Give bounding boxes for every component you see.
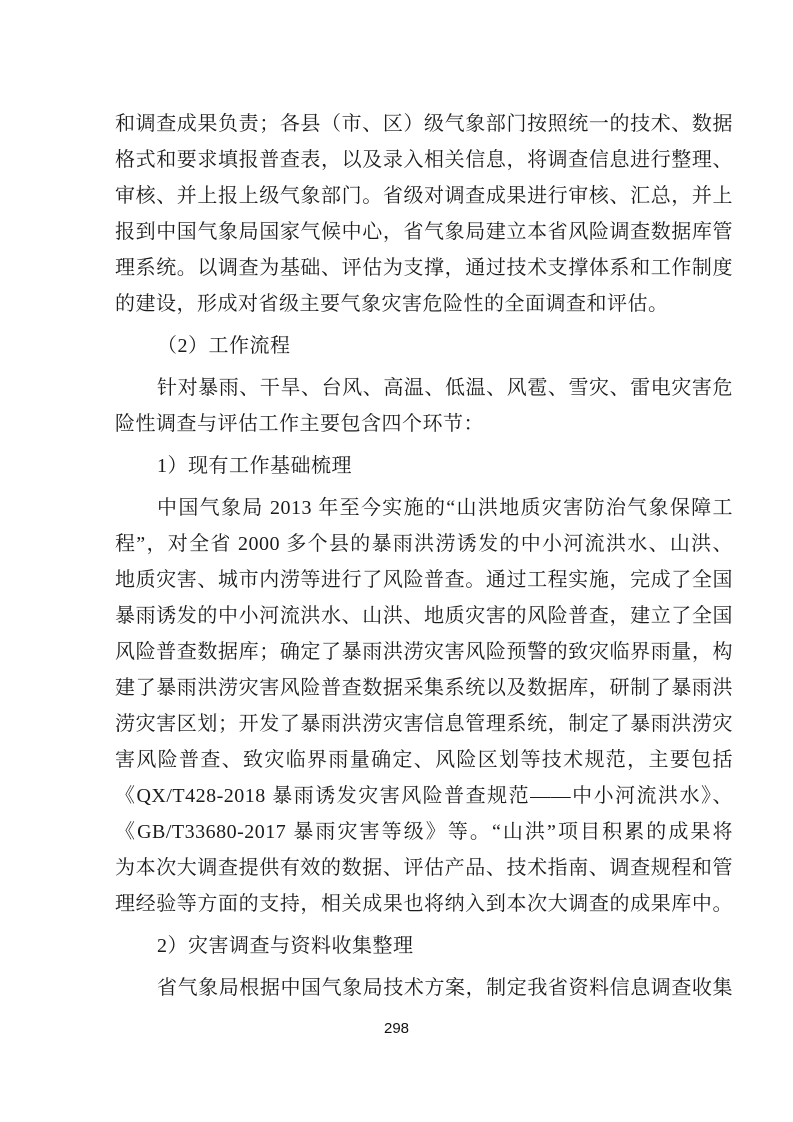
text-line: 和调查成果负责；各县（市、区）级气象部门按照统一的技术、数据	[115, 106, 733, 142]
text-line: 险性调查与评估工作主要包含四个环节：	[115, 406, 733, 442]
text-line: 《GB/T33680-2017 暴雨灾害等级》等。“山洪”项目积累的成果将	[115, 814, 733, 850]
text-line: 理经验等方面的支持，相关成果也将纳入到本次大调查的成果库中。	[115, 886, 733, 922]
text-line: （2）工作流程	[115, 328, 733, 364]
text-line: 审核、并上报上级气象部门。省级对调查成果进行审核、汇总，并上	[115, 178, 733, 214]
document-page: 和调查成果负责；各县（市、区）级气象部门按照统一的技术、数据格式和要求填报普查表…	[0, 0, 793, 1122]
text-line: 理系统。以调查为基础、评估为支撑，通过技术支撑体系和工作制度	[115, 250, 733, 286]
text-line: 格式和要求填报普查表，以及录入相关信息，将调查信息进行整理、	[115, 142, 733, 178]
text-line: 程”，对全省 2000 多个县的暴雨洪涝诱发的中小河流洪水、山洪、	[115, 526, 733, 562]
text-line: 2）灾害调查与资料收集整理	[115, 928, 733, 964]
text-line: 报到中国气象局国家气候中心，省气象局建立本省风险调查数据库管	[115, 214, 733, 250]
text-line: 为本次大调查提供有效的数据、评估产品、技术指南、调查规程和管	[115, 850, 733, 886]
page-number: 298	[0, 1020, 793, 1037]
text-line: 的建设，形成对省级主要气象灾害危险性的全面调查和评估。	[115, 286, 733, 322]
text-line: 地质灾害、城市内涝等进行了风险普查。通过工程实施，完成了全国	[115, 562, 733, 598]
text-line: 害风险普查、致灾临界雨量确定、风险区划等技术规范，主要包括	[115, 742, 733, 778]
text-line: 风险普查数据库；确定了暴雨洪涝灾害风险预警的致灾临界雨量，构	[115, 634, 733, 670]
text-line: 中国气象局 2013 年至今实施的“山洪地质灾害防治气象保障工	[115, 490, 733, 526]
text-line: 涝灾害区划；开发了暴雨洪涝灾害信息管理系统，制定了暴雨洪涝灾	[115, 706, 733, 742]
text-line: 1）现有工作基础梳理	[115, 448, 733, 484]
text-block: 和调查成果负责；各县（市、区）级气象部门按照统一的技术、数据格式和要求填报普查表…	[115, 106, 733, 1006]
text-line: 暴雨诱发的中小河流洪水、山洪、地质灾害的风险普查，建立了全国	[115, 598, 733, 634]
text-line: 省气象局根据中国气象局技术方案，制定我省资料信息调查收集	[115, 970, 733, 1006]
text-line: 针对暴雨、干旱、台风、高温、低温、风雹、雪灾、雷电灾害危	[115, 370, 733, 406]
text-line: 建了暴雨洪涝灾害风险普查数据采集系统以及数据库，研制了暴雨洪	[115, 670, 733, 706]
text-line: 《QX/T428-2018 暴雨诱发灾害风险普查规范——中小河流洪水》、	[115, 778, 733, 814]
